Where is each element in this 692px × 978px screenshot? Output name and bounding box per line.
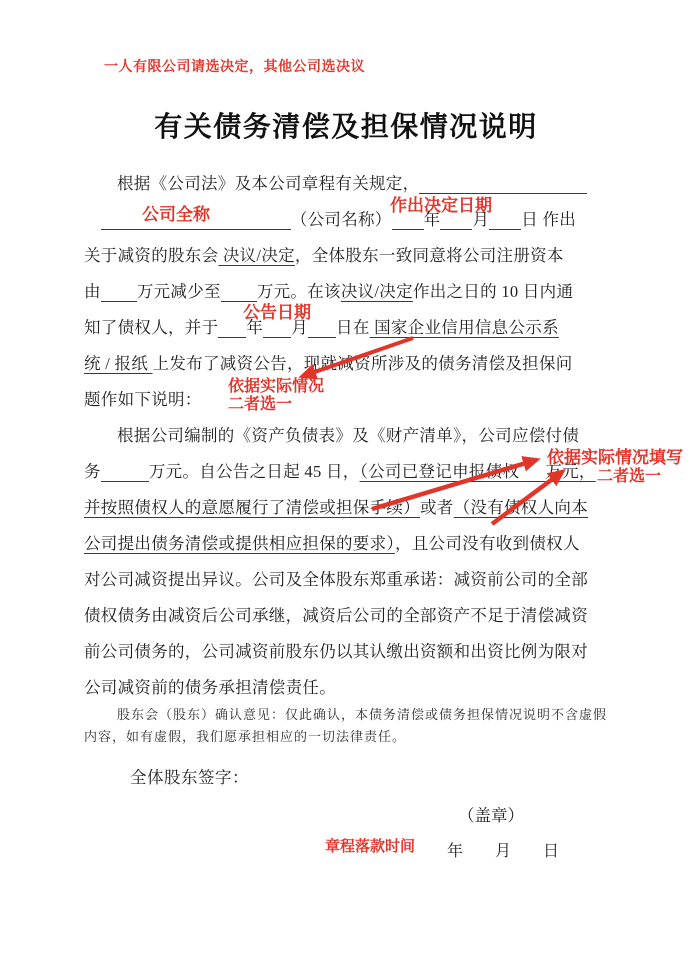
document-page: 一人有限公司请选决定，其他公司选决议 公司全称 作出决定日期 公告日期 依据实际… (0, 0, 692, 978)
doc-line: 并按照债权人的意愿履行了清偿或担保手续）或者（没有债权人向本 (84, 490, 600, 526)
doc-text-segment: 作出之日的 10 日内通 (413, 282, 573, 301)
document-title: 有关债务清偿及担保情况说明 (0, 105, 692, 145)
doc-text-segment: 万元。在该 (257, 282, 341, 301)
doc-text-segment: 关于减资的股东会 (84, 246, 218, 265)
fill-in-blank (263, 323, 291, 338)
fill-in-blank (308, 323, 336, 338)
doc-text-segment: 统 / 报纸 (84, 354, 153, 373)
doc-text-segment: 决议/决定 (341, 282, 413, 301)
doc-text-segment: 日在 (336, 318, 370, 337)
doc-line: 关于减资的股东会 决议/决定，全体股东一致同意将公司注册资本 (84, 238, 600, 274)
date-line: 年 月 日 (447, 838, 559, 861)
doc-line: 债权债务由减资后公司承继，减资后公司的全部资产不足于清偿减资 (84, 598, 600, 634)
doc-text-segment: 务 (84, 462, 101, 481)
doc-text-segment: （公司名称） (291, 210, 392, 229)
doc-text-segment: 万元。自公告之日起 45 日， (149, 462, 360, 481)
doc-line: 务万元。自公告之日起 45 日，（公司已登记申报债权万元， (84, 454, 600, 490)
doc-line: （公司名称）年月日 作出 (84, 202, 600, 238)
doc-text-segment: 年 (424, 210, 441, 229)
confirmation-paragraph: 股东会（股东）确认意见：仅此确认，本债务清偿或债务担保情况说明不含虚假 内容，如… (84, 704, 609, 748)
doc-text-segment: 决议/决定 (218, 246, 295, 265)
fill-in-blank (101, 287, 137, 302)
doc-text-segment: （没有债权人向本 (454, 498, 588, 517)
annotation-top-note: 一人有限公司请选决定，其他公司选决议 (104, 59, 365, 74)
doc-text-segment: 月 (472, 210, 489, 229)
fill-in-blank (392, 215, 424, 230)
doc-text-segment: 公司减资前的债务承担清偿责任。 (84, 678, 336, 697)
doc-line: 统 / 报纸 上发布了减资公告，现就减资所涉及的债务清偿及担保问 (84, 346, 600, 382)
doc-text-segment: 国家企业信用信息公示系 (370, 318, 559, 337)
doc-text-segment: 上发布了减资公告，现就减资所涉及的债务清偿及担保问 (153, 354, 573, 373)
fill-in-blank (101, 215, 291, 230)
doc-text-segment: ，全体股东一致同意将公司注册资本 (295, 246, 564, 265)
doc-text-segment: （公司已登记申报债权 (360, 462, 520, 481)
fill-in-blank (489, 215, 521, 230)
fill-in-blank (519, 467, 545, 482)
doc-text-segment: 根据《公司法》及本公司章程有关规定， (117, 174, 419, 193)
doc-text-segment: 知了债权人，并于 (84, 318, 218, 337)
doc-text-segment: 并按照债权人的意愿履行了清偿或担保手续） (84, 498, 420, 517)
doc-line: 题作如下说明： (84, 382, 600, 418)
doc-text-segment: 万元减少至 (137, 282, 221, 301)
document-body: 根据《公司法》及本公司章程有关规定， （公司名称）年月日 作出 关于减资的股东会… (84, 166, 600, 706)
annotation-charter-date-label: 章程落款时间 (325, 839, 415, 856)
doc-text-segment: 万元， (545, 462, 595, 481)
doc-line: 公司减资前的债务承担清偿责任。 (84, 670, 600, 706)
doc-text-segment: 债权债务由减资后公司承继，减资后公司的全部资产不足于清偿减资 (84, 606, 588, 625)
doc-text-segment: 由 (84, 282, 101, 301)
doc-text-segment: 公司提出债务清偿或提供相应担保的要求） (84, 534, 395, 553)
doc-line: 根据《公司法》及本公司章程有关规定， (84, 166, 600, 202)
doc-text-segment: ，且公司没有收到债权人 (395, 534, 580, 553)
doc-line: 根据公司编制的《资产负债表》及《财产清单》，公司应偿付债 (84, 418, 600, 454)
doc-line: 由万元减少至万元。在该决议/决定作出之日的 10 日内通 (84, 274, 600, 310)
doc-text-segment: 日 作出 (521, 210, 576, 229)
doc-line: 公司提出债务清偿或提供相应担保的要求），且公司没有收到债权人 (84, 526, 600, 562)
fill-in-blank (101, 467, 149, 482)
doc-text-segment: 或者 (420, 498, 454, 517)
fill-in-blank (221, 287, 257, 302)
doc-line: 对公司减资提出异议。公司及全体股东郑重承诺：减资前公司的全部 (84, 562, 600, 598)
fill-in-blank (218, 323, 246, 338)
doc-line: 前公司债务的，公司减资前股东仍以其认缴出资额和出资比例为限对 (84, 634, 600, 670)
doc-text-segment: 年 (246, 318, 263, 337)
annotation-fill-note-line2: 二者选一 (597, 468, 661, 486)
signature-label: 全体股东签字： (130, 764, 249, 788)
stamp-label: （盖章） (458, 802, 524, 826)
doc-line: 知了债权人，并于年月日在 国家企业信用信息公示系 (84, 310, 600, 346)
doc-text-segment: 月 (291, 318, 308, 337)
doc-text-segment: 对公司减资提出异议。公司及全体股东郑重承诺：减资前公司的全部 (84, 570, 588, 589)
confirmation-line: 内容，如有虚假，我们愿承担相应的一切法律责任。 (84, 726, 609, 748)
doc-text-segment (84, 210, 101, 229)
fill-in-blank (440, 215, 472, 230)
confirmation-line: 股东会（股东）确认意见：仅此确认，本债务清偿或债务担保情况说明不含虚假 (84, 704, 609, 726)
doc-text-segment: 根据公司编制的《资产负债表》及《财产清单》，公司应偿付债 (117, 426, 579, 445)
doc-text-segment: 题作如下说明： (84, 390, 202, 409)
doc-text-segment: 前公司债务的，公司减资前股东仍以其认缴出资额和出资比例为限对 (84, 642, 588, 661)
fill-in-blank (419, 179, 587, 194)
